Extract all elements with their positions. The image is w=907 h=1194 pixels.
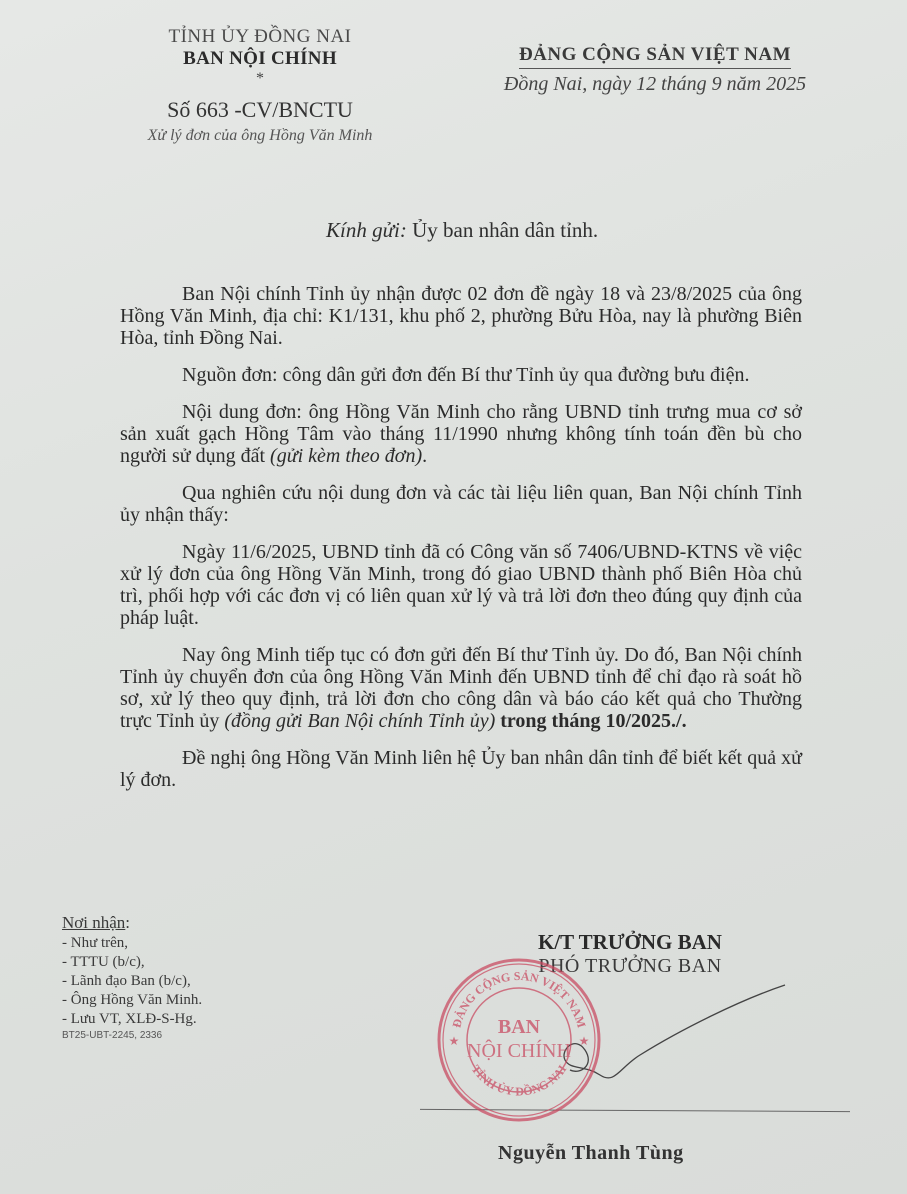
issuer-block: TỈNH ỦY ĐỒNG NAI BAN NỘI CHÍNH * Số 663 … xyxy=(100,26,420,146)
star-symbol: * xyxy=(100,72,420,86)
distribution-title-row: Nơi nhận: xyxy=(62,912,202,934)
issuer-parent-org: TỈNH ỦY ĐỒNG NAI xyxy=(100,26,420,48)
seal-center-line2: NỘI CHÍNH xyxy=(467,1038,571,1062)
tracking-code: BT25-UBT-2245, 2336 xyxy=(62,1029,202,1043)
distribution-item: - Lưu VT, XLĐ-S-Hg. xyxy=(62,1010,202,1029)
svg-text:TỈNH ỦY ĐỒNG NAI: TỈNH ỦY ĐỒNG NAI xyxy=(469,1062,570,1098)
place-date: Đồng Nai, ngày 12 tháng 9 năm 2025 xyxy=(480,71,830,97)
content-text: Nội dung đơn: ông Hồng Văn Minh cho rằng… xyxy=(120,401,802,467)
signature-authority: K/T TRƯỞNG BAN xyxy=(470,930,790,954)
content-end: . xyxy=(422,445,427,467)
distribution-item: - Ông Hồng Văn Minh. xyxy=(62,991,202,1010)
document-subject: Xử lý đơn của ông Hồng Văn Minh xyxy=(100,126,420,146)
paragraph-source: Nguồn đơn: công dân gửi đơn đến Bí thư T… xyxy=(120,364,802,386)
seal-center-line1: BAN xyxy=(498,1016,541,1038)
svg-text:★: ★ xyxy=(449,1034,460,1048)
distribution-item: - TTTU (b/c), xyxy=(62,953,202,972)
signer-name: Nguyễn Thanh Tùng xyxy=(498,1142,684,1165)
addressee: Kính gửi: Ủy ban nhân dân tỉnh. xyxy=(326,218,598,243)
paragraph-request: Đề nghị ông Hồng Văn Minh liên hệ Ủy ban… xyxy=(120,747,802,791)
forwarding-cc-note: (đồng gửi Ban Nội chính Tỉnh ủy) xyxy=(224,710,495,732)
addressee-value: Ủy ban nhân dân tỉnh. xyxy=(412,218,598,242)
distribution-colon: : xyxy=(125,913,130,932)
distribution-title: Nơi nhận xyxy=(62,913,125,932)
issuer-org: BAN NỘI CHÍNH xyxy=(100,48,420,70)
seal-bottom-text: TỈNH ỦY ĐỒNG NAI xyxy=(469,1062,570,1098)
svg-text:★: ★ xyxy=(579,1034,590,1048)
forwarding-deadline: trong tháng 10/2025 xyxy=(495,710,671,732)
paragraph-content: Nội dung đơn: ông Hồng Văn Minh cho rằng… xyxy=(120,401,802,467)
forwarding-end: ./. xyxy=(671,710,687,732)
document-page: TỈNH ỦY ĐỒNG NAI BAN NỘI CHÍNH * Số 663 … xyxy=(0,0,907,1194)
distribution-item: - Lãnh đạo Ban (b/c), xyxy=(62,972,202,991)
addressee-label: Kính gửi: xyxy=(326,218,407,242)
party-name: ĐẢNG CỘNG SẢN VIỆT NAM xyxy=(519,44,791,69)
paragraph-prior-action: Ngày 11/6/2025, UBND tỉnh đã có Công văn… xyxy=(120,541,802,629)
distribution-item: - Như trên, xyxy=(62,934,202,953)
document-number: Số 663 -CV/BNCTU xyxy=(100,96,420,124)
paragraph-receipt: Ban Nội chính Tỉnh ủy nhận được 02 đơn đ… xyxy=(120,283,802,349)
letter-body: Ban Nội chính Tỉnh ủy nhận được 02 đơn đ… xyxy=(120,283,802,806)
paragraph-forwarding: Nay ông Minh tiếp tục có đơn gửi đến Bí … xyxy=(120,644,802,732)
content-note: (gửi kèm theo đơn) xyxy=(270,445,422,467)
paragraph-findings-intro: Qua nghiên cứu nội dung đơn và các tài l… xyxy=(120,482,802,526)
distribution-list: Nơi nhận: - Như trên, - TTTU (b/c), - Lã… xyxy=(62,912,202,1043)
national-header-block: ĐẢNG CỘNG SẢN VIỆT NAM Đồng Nai, ngày 12… xyxy=(480,44,830,97)
official-seal: ĐẢNG CỘNG SẢN VIỆT NAM TỈNH ỦY ĐỒNG NAI … xyxy=(434,955,604,1125)
